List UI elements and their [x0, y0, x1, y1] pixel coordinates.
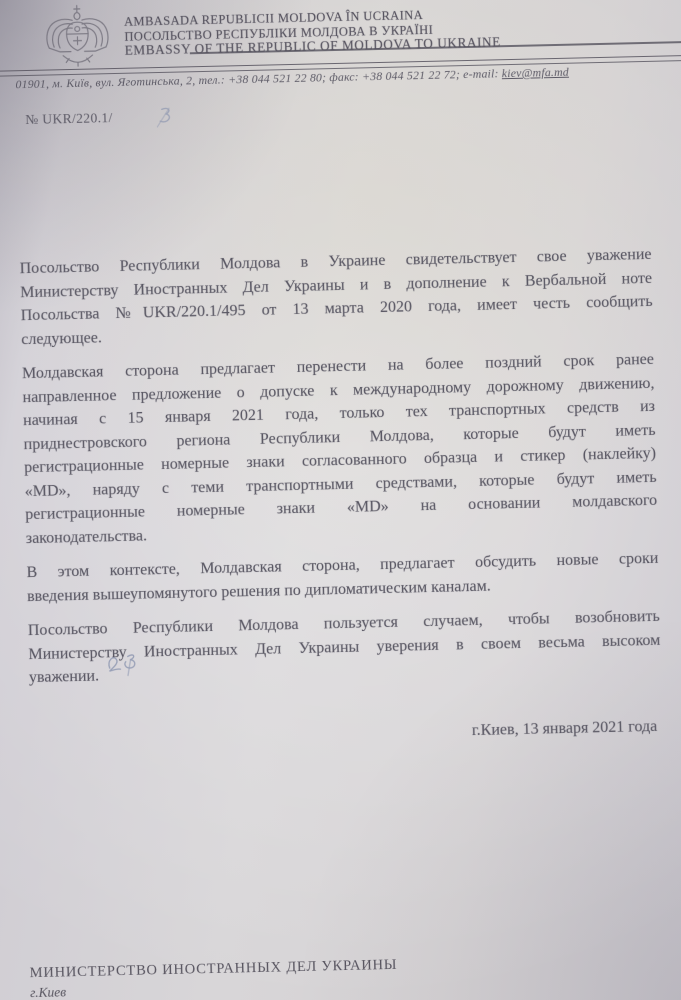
recipient-city: г.Киев — [30, 984, 66, 1000]
paragraph: Посольство Республики Молдова в Украине … — [19, 243, 653, 351]
recipient-block: МИНИСТЕРСТВО ИНОСТРАННЫХ ДЕЛ УКРАИНЫ г.К… — [29, 957, 397, 1000]
moldova-coat-of-arms-icon — [33, 3, 123, 74]
reference-number: № UKR/220.1/ — [25, 110, 113, 128]
dateline: г.Киев, 13 января 2021 года — [472, 718, 658, 740]
paragraph: Молдавская сторона предлагает перенести … — [22, 348, 658, 550]
note-body: Посольство Республики Молдова в Украине … — [19, 243, 661, 701]
note-content: AMBASADA REPUBLICII MOLDOVA ÎN UCRAINA П… — [0, 0, 681, 1000]
handwritten-initials — [102, 649, 143, 685]
paragraph: В этом контексте, Молдавская сторона, пр… — [26, 547, 659, 608]
email-address: kiev@mfa.md — [502, 65, 569, 81]
handwritten-reference-number — [152, 104, 178, 138]
scanned-page: AMBASADA REPUBLICII MOLDOVA ÎN UCRAINA П… — [0, 0, 681, 1000]
